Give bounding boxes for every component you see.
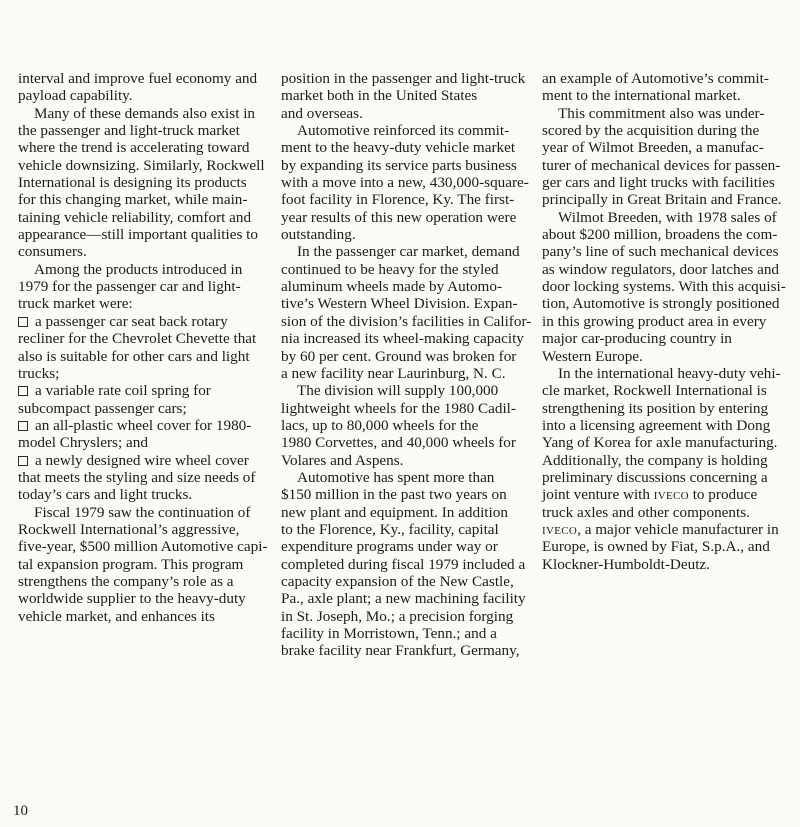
line-text: where the trend is accelerating toward	[18, 139, 250, 156]
line-text: Western Europe.	[542, 348, 643, 365]
line-text: worldwide supplier to the heavy-duty	[18, 590, 246, 607]
text-line: with a move into a new, 430,000-square-	[281, 174, 533, 191]
text-line: capacity expansion of the New Castle,	[281, 573, 533, 590]
iveco-small-caps: IVECO	[542, 521, 577, 538]
text-line: scored by the acquisition during the	[542, 122, 800, 139]
text-line: turer of mechanical devices for passen-	[542, 157, 800, 174]
line-text: model Chryslers; and	[18, 434, 148, 451]
line-text: a new facility near Laurinburg, N. C.	[281, 365, 506, 382]
text-column-2: position in the passenger and light-truc…	[281, 70, 533, 660]
text-line: year results of this new operation were	[281, 209, 533, 226]
text-line: payload capability.	[18, 87, 268, 104]
text-line: tal expansion program. This program	[18, 556, 268, 573]
line-text: position in the passenger and light-truc…	[281, 70, 525, 87]
text-line: expenditure programs under way or	[281, 538, 533, 555]
text-line: The division will supply 100,000	[281, 382, 533, 399]
line-text: subcompact passenger cars;	[18, 400, 187, 417]
line-text: Wilmot Breeden, with 1978 sales of	[558, 209, 777, 226]
line-text: turer of mechanical devices for passen-	[542, 157, 780, 174]
text-line: Among the products introduced in	[18, 261, 268, 278]
bullet-list-item-line: a newly designed wire wheel cover	[18, 452, 268, 469]
text-line: Klockner-Humboldt-Deutz.	[542, 556, 800, 573]
line-text: an all-plastic wheel cover for 1980-	[35, 417, 251, 434]
line-text: market both in the United States	[281, 87, 477, 104]
text-column-3: an example of Automotive’s commit-ment t…	[542, 70, 800, 573]
line-text: Automotive has spent more than	[297, 469, 494, 486]
text-line: Yang of Korea for axle manufacturing.	[542, 434, 800, 451]
line-text: Yang of Korea for axle manufacturing.	[542, 434, 777, 451]
line-text: 1980 Corvettes, and 40,000 wheels for	[281, 434, 516, 451]
text-line: Fiscal 1979 saw the continuation of	[18, 504, 268, 521]
text-line: In the international heavy-duty vehi-	[542, 365, 800, 382]
line-text: year results of this new operation were	[281, 209, 516, 226]
line-text: ger cars and light trucks with facilitie…	[542, 174, 775, 191]
text-line: major car-producing country in	[542, 330, 800, 347]
text-line: preliminary discussions concerning a	[542, 469, 800, 486]
text-line: model Chryslers; and	[18, 434, 268, 451]
line-text: Among the products introduced in	[34, 261, 242, 278]
line-text: ment to the international market.	[542, 87, 741, 104]
line-text: Klockner-Humboldt-Deutz.	[542, 556, 710, 573]
text-line: continued to be heavy for the styled	[281, 261, 533, 278]
text-line: ger cars and light trucks with facilitie…	[542, 174, 800, 191]
checkbox-bullet-icon	[18, 456, 28, 466]
text-line: new plant and equipment. In addition	[281, 504, 533, 521]
text-line: by expanding its service parts business	[281, 157, 533, 174]
text-line: $150 million in the past two years on	[281, 486, 533, 503]
line-text: payload capability.	[18, 87, 133, 104]
line-text: an example of Automotive’s commit-	[542, 70, 769, 87]
text-line: a new facility near Laurinburg, N. C.	[281, 365, 533, 382]
text-line: about $200 million, broadens the com-	[542, 226, 800, 243]
line-text: vehicle downsizing. Similarly, Rockwell	[18, 157, 265, 174]
text-line: brake facility near Frankfurt, Germany,	[281, 642, 533, 659]
text-line: Western Europe.	[542, 348, 800, 365]
line-text: door locking systems. With this acquisi-	[542, 278, 786, 295]
line-text: a newly designed wire wheel cover	[35, 452, 249, 469]
line-text: into a licensing agreement with Dong	[542, 417, 770, 434]
text-line: pany’s line of such mechanical devices	[542, 243, 800, 260]
text-column-1: interval and improve fuel economy andpay…	[18, 70, 268, 625]
text-line: International is designing its products	[18, 174, 268, 191]
line-text: Fiscal 1979 saw the continuation of	[34, 504, 250, 521]
line-text: trucks;	[18, 365, 59, 382]
line-text: tal expansion program. This program	[18, 556, 243, 573]
text-line: consumers.	[18, 243, 268, 260]
line-text: by expanding its service parts business	[281, 157, 517, 174]
text-line: five-year, $500 million Automotive capi-	[18, 538, 268, 555]
text-line: IVECO, a major vehicle manufacturer in	[542, 521, 800, 538]
page-number: 10	[13, 803, 28, 820]
line-text: truck axles and other components.	[542, 504, 750, 521]
line-text: vehicle market, and enhances its	[18, 608, 215, 625]
line-text: strengthening its position by entering	[542, 400, 768, 417]
text-line: facility in Morristown, Tenn.; and a	[281, 625, 533, 642]
line-text: interval and improve fuel economy and	[18, 70, 257, 87]
checkbox-bullet-icon	[18, 421, 28, 431]
line-text: sion of the division’s facilities in Cal…	[281, 313, 531, 330]
bullet-list-item-line: an all-plastic wheel cover for 1980-	[18, 417, 268, 434]
line-text: In the international heavy-duty vehi-	[558, 365, 781, 382]
line-text: brake facility near Frankfurt, Germany,	[281, 642, 520, 659]
text-line: trucks;	[18, 365, 268, 382]
line-text: pany’s line of such mechanical devices	[542, 243, 779, 260]
line-text: as window regulators, door latches and	[542, 261, 779, 278]
text-line: ment to the international market.	[542, 87, 800, 104]
text-line: position in the passenger and light-truc…	[281, 70, 533, 87]
line-text: taining vehicle reliability, comfort and	[18, 209, 251, 226]
line-text: Many of these demands also exist in	[34, 105, 255, 122]
line-text: for this changing market, while main-	[18, 191, 247, 208]
line-text: lightweight wheels for the 1980 Cadil-	[281, 400, 516, 417]
text-line: truck market were:	[18, 295, 268, 312]
line-text: outstanding.	[281, 226, 356, 243]
text-line: vehicle downsizing. Similarly, Rockwell	[18, 157, 268, 174]
line-text: Volares and Aspens.	[281, 452, 403, 469]
text-line: interval and improve fuel economy and	[18, 70, 268, 87]
text-line: ment to the heavy-duty vehicle market	[281, 139, 533, 156]
line-text: by 60 per cent. Ground was broken for	[281, 348, 516, 365]
line-text: cle market, Rockwell International is	[542, 382, 767, 399]
line-text: This commitment also was under-	[558, 105, 764, 122]
line-text: ment to the heavy-duty vehicle market	[281, 139, 515, 156]
checkbox-bullet-icon	[18, 386, 28, 396]
text-line: Additionally, the company is holding	[542, 452, 800, 469]
text-line: in St. Joseph, Mo.; a precision forging	[281, 608, 533, 625]
text-line: tive’s Western Wheel Division. Expan-	[281, 295, 533, 312]
text-line: year of Wilmot Breeden, a manufac-	[542, 139, 800, 156]
line-text: The division will supply 100,000	[297, 382, 498, 399]
text-line: foot facility in Florence, Ky. The first…	[281, 191, 533, 208]
line-text: 1979 for the passenger car and light-	[18, 278, 241, 295]
text-line: strengthening its position by entering	[542, 400, 800, 417]
line-text: in this growing product area in every	[542, 313, 766, 330]
text-line: truck axles and other components.	[542, 504, 800, 521]
line-text: that meets the styling and size needs of	[18, 469, 255, 486]
text-line: 1980 Corvettes, and 40,000 wheels for	[281, 434, 533, 451]
text-line: recliner for the Chevrolet Chevette that	[18, 330, 268, 347]
line-text: completed during fiscal 1979 included a	[281, 556, 525, 573]
text-line: lacs, up to 80,000 wheels for the	[281, 417, 533, 434]
text-line: Volares and Aspens.	[281, 452, 533, 469]
line-text: principally in Great Britain and France.	[542, 191, 782, 208]
line-text: Automotive reinforced its commit-	[297, 122, 509, 139]
text-line: by 60 per cent. Ground was broken for	[281, 348, 533, 365]
line-text: preliminary discussions concerning a	[542, 469, 768, 486]
text-line: cle market, Rockwell International is	[542, 382, 800, 399]
text-line: into a licensing agreement with Dong	[542, 417, 800, 434]
text-line: In the passenger car market, demand	[281, 243, 533, 260]
line-text: five-year, $500 million Automotive capi-	[18, 538, 268, 555]
line-text: major car-producing country in	[542, 330, 732, 347]
text-line: market both in the United States	[281, 87, 533, 104]
text-line: where the trend is accelerating toward	[18, 139, 268, 156]
line-text: Additionally, the company is holding	[542, 452, 768, 469]
text-line: outstanding.	[281, 226, 533, 243]
text-line: worldwide supplier to the heavy-duty	[18, 590, 268, 607]
line-text: Rockwell International’s aggressive,	[18, 521, 239, 538]
text-line: strengthens the company’s role as a	[18, 573, 268, 590]
text-line: the passenger and light-truck market	[18, 122, 268, 139]
text-line: lightweight wheels for the 1980 Cadil-	[281, 400, 533, 417]
line-text: a passenger car seat back rotary	[35, 313, 228, 330]
text-line: Many of these demands also exist in	[18, 105, 268, 122]
iveco-small-caps: IVECO	[654, 486, 689, 503]
text-line: joint venture with IVECO to produce	[542, 486, 800, 503]
text-line: This commitment also was under-	[542, 105, 800, 122]
text-line: sion of the division’s facilities in Cal…	[281, 313, 533, 330]
text-line: as window regulators, door latches and	[542, 261, 800, 278]
text-line: principally in Great Britain and France.	[542, 191, 800, 208]
bullet-list-item-line: a variable rate coil spring for	[18, 382, 268, 399]
text-line: door locking systems. With this acquisi-	[542, 278, 800, 295]
line-text: IVECO, a major vehicle manufacturer in	[542, 521, 779, 538]
text-line: subcompact passenger cars;	[18, 400, 268, 417]
text-line: taining vehicle reliability, comfort and	[18, 209, 268, 226]
text-line: Automotive has spent more than	[281, 469, 533, 486]
text-line: that meets the styling and size needs of	[18, 469, 268, 486]
text-line: for this changing market, while main-	[18, 191, 268, 208]
bullet-list-item-line: a passenger car seat back rotary	[18, 313, 268, 330]
line-text: a variable rate coil spring for	[35, 382, 211, 399]
line-text: joint venture with IVECO to produce	[542, 486, 757, 503]
line-text: Europe, is owned by Fiat, S.p.A., and	[542, 538, 770, 555]
line-text: expenditure programs under way or	[281, 538, 498, 555]
text-line: to the Florence, Ky., facility, capital	[281, 521, 533, 538]
text-line: Wilmot Breeden, with 1978 sales of	[542, 209, 800, 226]
line-text: $150 million in the past two years on	[281, 486, 507, 503]
line-text: recliner for the Chevrolet Chevette that	[18, 330, 256, 347]
text-line: Automotive reinforced its commit-	[281, 122, 533, 139]
line-text: in St. Joseph, Mo.; a precision forging	[281, 608, 513, 625]
text-line: in this growing product area in every	[542, 313, 800, 330]
text-line: and overseas.	[281, 105, 533, 122]
line-text: continued to be heavy for the styled	[281, 261, 499, 278]
text-line: an example of Automotive’s commit-	[542, 70, 800, 87]
line-text: truck market were:	[18, 295, 133, 312]
text-line: 1979 for the passenger car and light-	[18, 278, 268, 295]
line-text: also is suitable for other cars and ligh…	[18, 348, 250, 365]
line-text: Pa., axle plant; a new machining facilit…	[281, 590, 526, 607]
line-text: foot facility in Florence, Ky. The first…	[281, 191, 514, 208]
line-text: strengthens the company’s role as a	[18, 573, 234, 590]
line-text: tive’s Western Wheel Division. Expan-	[281, 295, 518, 312]
line-text: scored by the acquisition during the	[542, 122, 759, 139]
text-line: today’s cars and light trucks.	[18, 486, 268, 503]
line-text: appearance—still important qualities to	[18, 226, 258, 243]
line-text: facility in Morristown, Tenn.; and a	[281, 625, 497, 642]
line-text: In the passenger car market, demand	[297, 243, 520, 260]
checkbox-bullet-icon	[18, 317, 28, 327]
line-text: with a move into a new, 430,000-square-	[281, 174, 529, 191]
text-line: aluminum wheels made by Automo-	[281, 278, 533, 295]
line-text: new plant and equipment. In addition	[281, 504, 508, 521]
line-text: aluminum wheels made by Automo-	[281, 278, 502, 295]
text-line: Europe, is owned by Fiat, S.p.A., and	[542, 538, 800, 555]
line-text: to the Florence, Ky., facility, capital	[281, 521, 499, 538]
text-line: Pa., axle plant; a new machining facilit…	[281, 590, 533, 607]
text-line: Rockwell International’s aggressive,	[18, 521, 268, 538]
line-text: tion, Automotive is strongly positioned	[542, 295, 780, 312]
text-line: also is suitable for other cars and ligh…	[18, 348, 268, 365]
line-text: year of Wilmot Breeden, a manufac-	[542, 139, 764, 156]
line-text: nia increased its wheel-making capacity	[281, 330, 524, 347]
line-text: today’s cars and light trucks.	[18, 486, 192, 503]
line-text: consumers.	[18, 243, 87, 260]
line-text: about $200 million, broadens the com-	[542, 226, 777, 243]
text-line: vehicle market, and enhances its	[18, 608, 268, 625]
line-text: and overseas.	[281, 105, 363, 122]
line-text: the passenger and light-truck market	[18, 122, 240, 139]
line-text: International is designing its products	[18, 174, 247, 191]
text-line: completed during fiscal 1979 included a	[281, 556, 533, 573]
text-line: nia increased its wheel-making capacity	[281, 330, 533, 347]
line-text: capacity expansion of the New Castle,	[281, 573, 514, 590]
line-text: lacs, up to 80,000 wheels for the	[281, 417, 478, 434]
text-line: appearance—still important qualities to	[18, 226, 268, 243]
text-line: tion, Automotive is strongly positioned	[542, 295, 800, 312]
